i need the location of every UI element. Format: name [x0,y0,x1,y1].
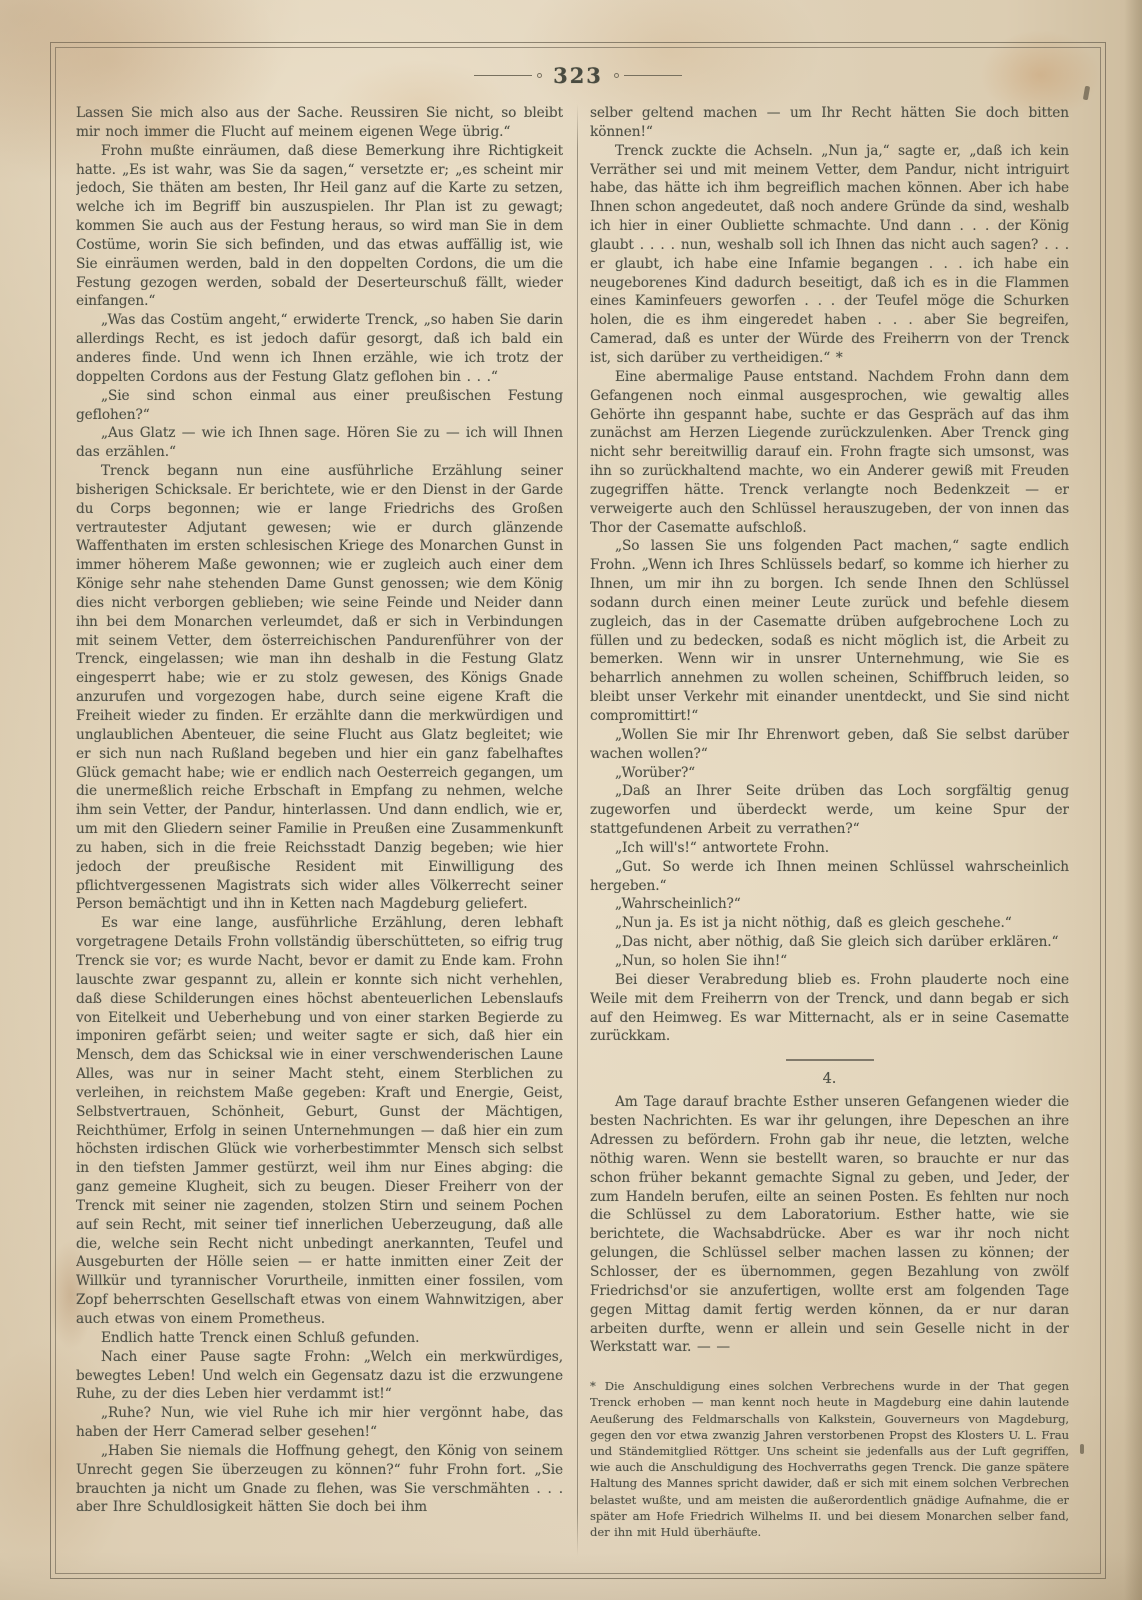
paragraph: Trenck zuckte die Achseln. „Nun ja,“ sag… [590,142,1069,368]
paragraph: Am Tage darauf brachte Esther unseren Ge… [590,1093,1069,1357]
paragraph: Es war eine lange, ausführliche Erzählun… [76,914,563,1329]
paragraph: „Wollen Sie mir Ihr Ehrenwort geben, daß… [590,726,1069,764]
paragraph: „So lassen Sie uns folgenden Pact machen… [590,537,1069,725]
paragraph: Nach einer Pause sagte Frohn: „Welch ein… [76,1348,563,1405]
page-edge-shadow [1124,0,1142,1600]
paragraph: „Sie sind schon einmal aus einer preußis… [76,387,563,425]
paragraph: Endlich hatte Trenck einen Schluß gefund… [76,1329,563,1348]
paragraph: selber geltend machen — um Ihr Recht hät… [590,104,1069,142]
right-column: selber geltend machen — um Ihr Recht hät… [590,104,1069,1566]
paragraph: Eine abermalige Pause entstand. Nachdem … [590,368,1069,538]
scanned-book-page: 323 Lassen Sie mich also aus der Sache. … [0,0,1142,1600]
paragraph: Bei dieser Verabredung blieb es. Frohn p… [590,971,1069,1046]
column-divider [577,104,578,1556]
paragraph: Trenck begann nun eine ausführliche Erzä… [76,462,563,914]
footnote: * Die Anschuldigung eines solchen Verbre… [590,1378,1069,1540]
paragraph: „Nun ja. Es ist ja nicht nöthig, daß es … [590,914,1069,933]
paragraph: „Gut. So werde ich Ihnen meinen Schlüsse… [590,858,1069,896]
header-rule-left-icon [474,73,542,78]
paragraph: „Was das Costüm angeht,“ erwiderte Trenc… [76,311,563,386]
paragraph: „Worüber?“ [590,764,1069,783]
paragraph: Lassen Sie mich also aus der Sache. Reus… [76,104,563,142]
paragraph: „Aus Glatz — wie ich Ihnen sage. Hören S… [76,424,563,462]
section-heading: 4. [590,1070,1069,1089]
paragraph: Frohn mußte einräumen, daß diese Bemerku… [76,142,563,312]
paragraph: „Ruhe? Nun, wie viel Ruhe ich mir hier v… [76,1404,563,1442]
paragraph: „Ich will's!“ antwortete Frohn. [590,839,1069,858]
section-separator-rule [786,1059,874,1060]
paragraph: „Daß an Ihrer Seite drüben das Loch sorg… [590,782,1069,839]
page-header: 323 [50,63,1106,88]
scan-edge-mark [1080,1444,1084,1454]
paragraph: „Nun, so holen Sie ihn!“ [590,952,1069,971]
left-column: Lassen Sie mich also aus der Sache. Reus… [76,104,563,1566]
paragraph: „Haben Sie niemals die Hoffnung gehegt, … [76,1442,563,1517]
paragraph: „Wahrscheinlich?“ [590,895,1069,914]
paragraph: „Das nicht, aber nöthig, daß Sie gleich … [590,933,1069,952]
page-number: 323 [553,63,603,88]
header-rule-right-icon [614,73,682,78]
